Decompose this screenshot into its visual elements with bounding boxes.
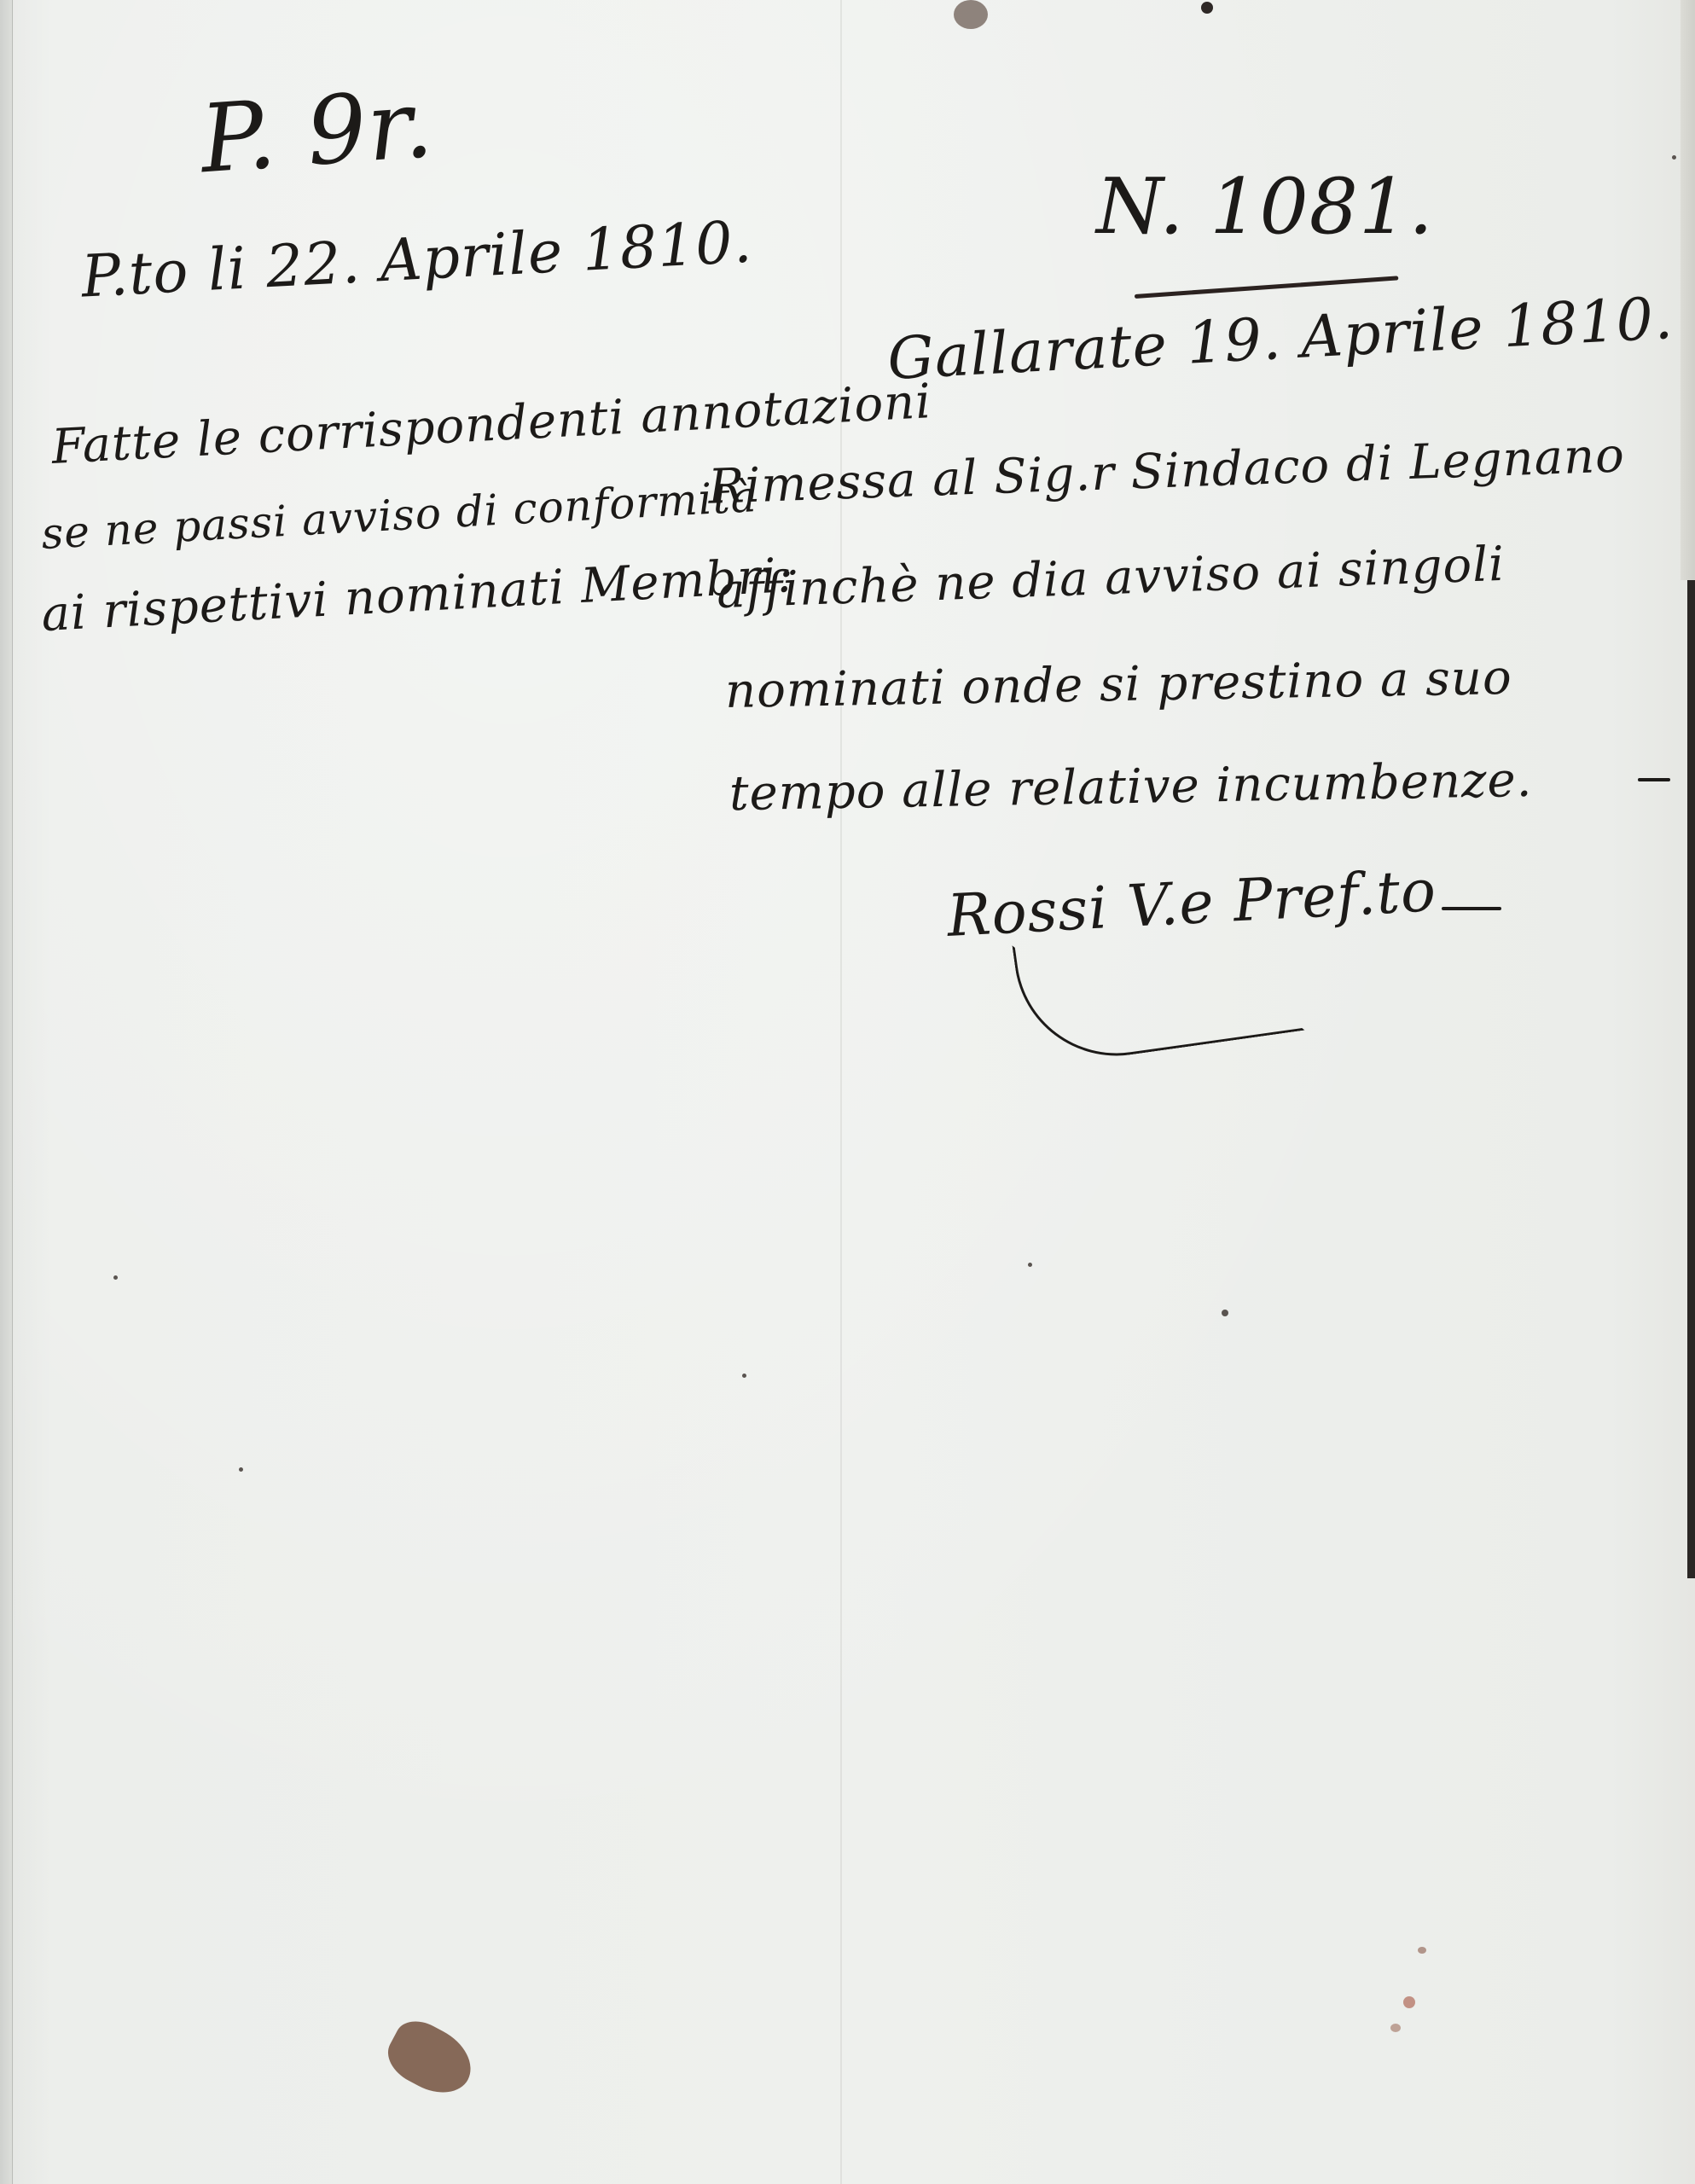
rust-spots bbox=[1403, 1996, 1415, 2008]
place-date: Gallarate 19. Aprile 1810. bbox=[886, 285, 1675, 393]
protocol-number: N. 1081. bbox=[1096, 162, 1434, 252]
main-text-line-4: tempo alle relative incumbenze. bbox=[729, 752, 1533, 822]
received-date: P.to li 22. Aprile 1810. bbox=[79, 208, 754, 311]
ink-stain-top-right bbox=[1201, 2, 1213, 14]
protocol-underline bbox=[1135, 276, 1399, 299]
rust-spots-2 bbox=[1390, 2024, 1401, 2032]
speck bbox=[239, 1467, 243, 1472]
brown-stain-bottom bbox=[379, 2013, 482, 2106]
fold-crease bbox=[840, 0, 842, 2184]
speck bbox=[113, 1275, 118, 1280]
document-page: P. 9r. P.to li 22. Aprile 1810. N. 1081.… bbox=[0, 0, 1695, 2184]
rust-spots-3 bbox=[1418, 1947, 1426, 1954]
main-text-line-1: Rimessa al Sig.r Sindaco di Legnano bbox=[707, 427, 1626, 514]
main-text-line-2: affinchè ne dia avviso ai singoli bbox=[716, 537, 1506, 619]
binding-shadow bbox=[1687, 580, 1695, 1578]
reference-mark: P. 9r. bbox=[197, 69, 437, 195]
page-right-margin bbox=[1680, 0, 1695, 580]
main-text-line-3: nominati onde si prestino a suo bbox=[725, 650, 1513, 719]
signature-dash bbox=[1442, 907, 1501, 910]
ink-stain-top bbox=[954, 0, 988, 29]
left-note-line-3: ai rispettivi nominati Membri: bbox=[40, 548, 795, 642]
left-note-line-2: se ne passi avviso di conformità bbox=[40, 472, 758, 559]
speck bbox=[1028, 1263, 1032, 1267]
speck bbox=[1672, 155, 1676, 160]
page-left-edge bbox=[0, 0, 13, 2184]
speck bbox=[742, 1374, 746, 1378]
line-end-dash bbox=[1638, 778, 1670, 781]
speck bbox=[1222, 1310, 1228, 1316]
